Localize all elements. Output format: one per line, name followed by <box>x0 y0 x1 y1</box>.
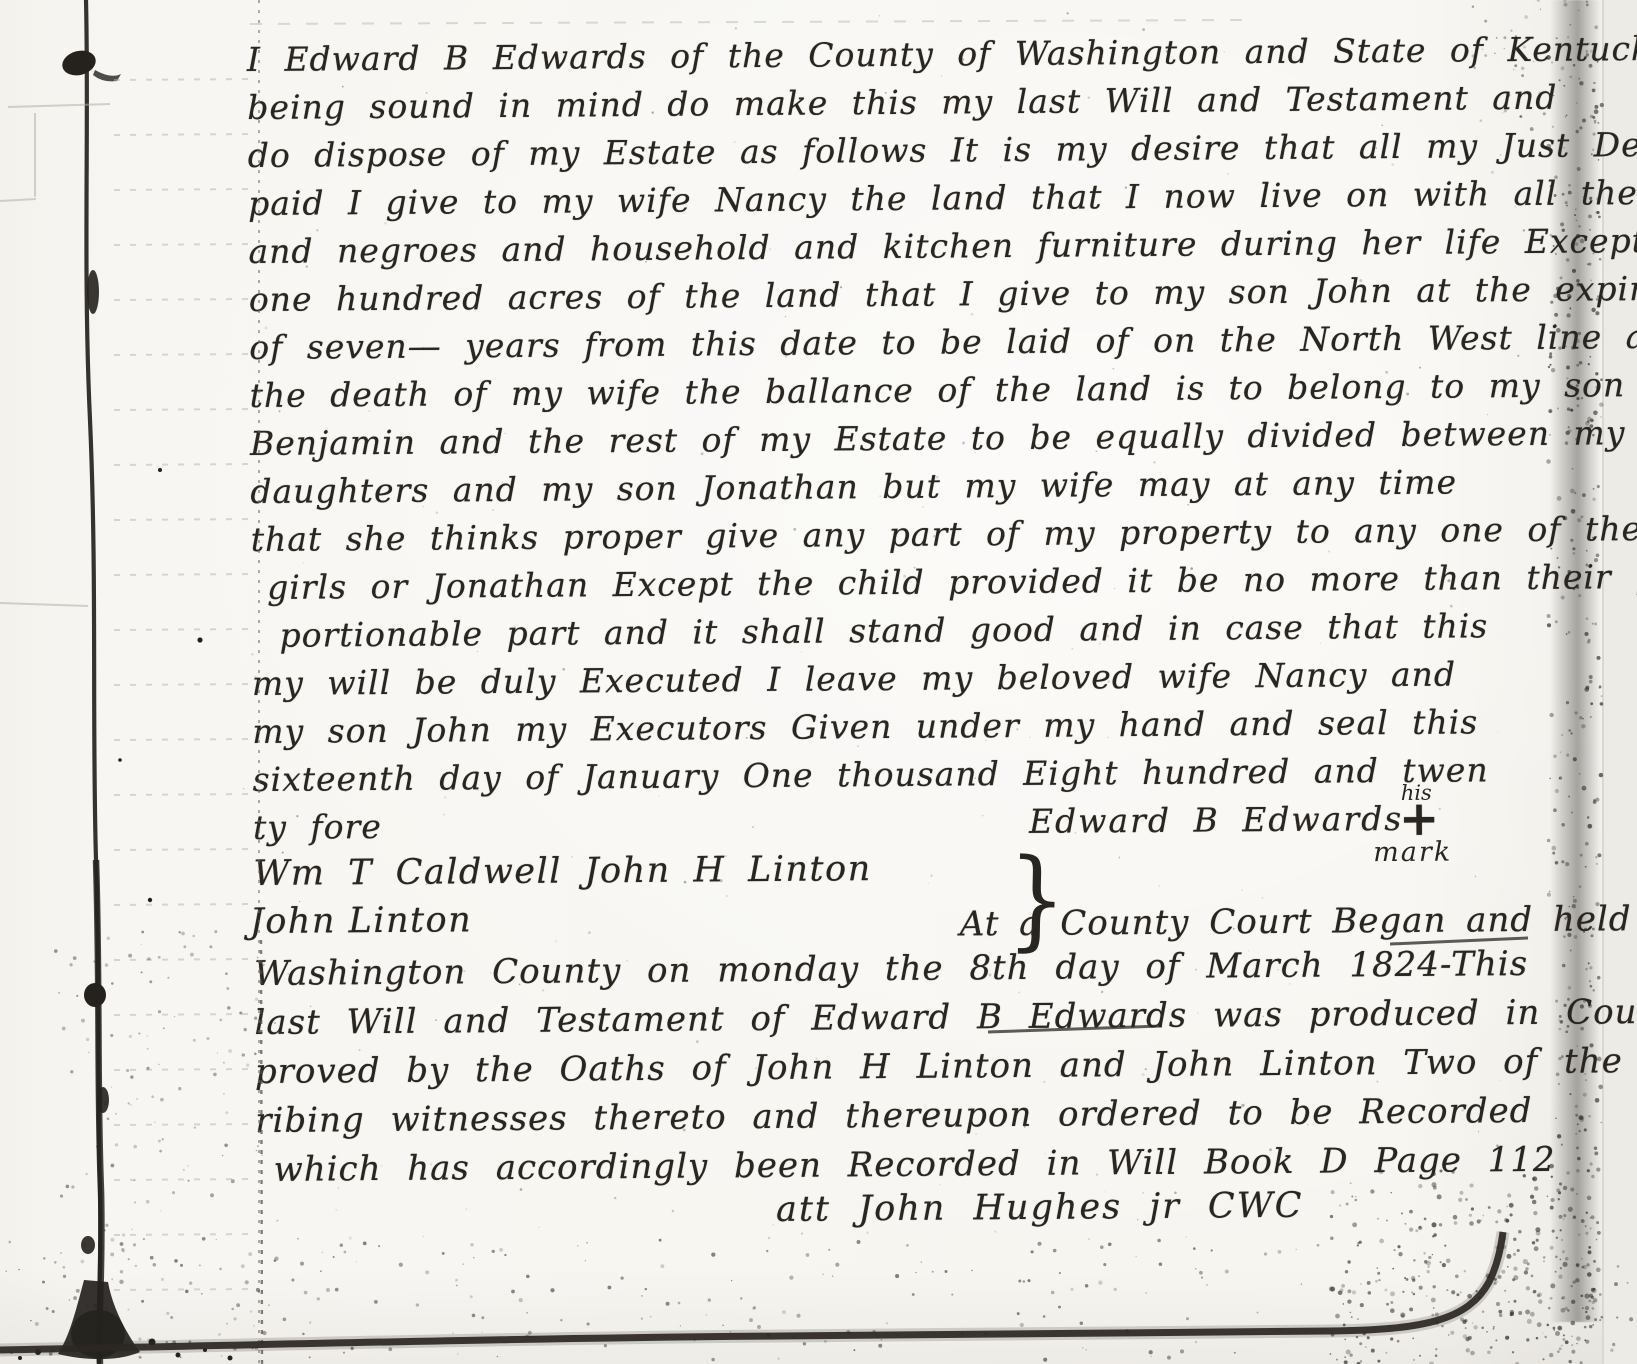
will-text-line: portionable part and it shall stand good… <box>251 606 1488 655</box>
court-text-line: last Will and Testament of Edward B Edwa… <box>254 991 1637 1043</box>
court-text-line: which has accordingly been Recorded in W… <box>256 1140 1556 1190</box>
witness-line-2: John Linton <box>250 900 473 942</box>
will-text-line: my will be duly Executed I leave my belo… <box>252 655 1456 703</box>
will-text-line: do dispose of my Estate as follows It is… <box>248 124 1637 175</box>
will-text-line: the death of my wife the ballance of the… <box>249 365 1625 415</box>
will-text-line: of seven— years from this date to be lai… <box>249 316 1637 367</box>
scanned-will-page: I Edward B Edwards of the County of Wash… <box>0 0 1637 1364</box>
will-text-line: ty fore <box>253 807 382 847</box>
witness-brace-icon: } <box>1006 835 1067 963</box>
will-text-line: being sound in mind do make this my last… <box>247 78 1557 127</box>
testator-signature: Edward B Edwards <box>1029 799 1404 841</box>
court-record-intro: At a County Court Began and held for <box>960 899 1637 945</box>
will-text-line: my son John my Executors Given under my … <box>252 702 1478 751</box>
will-text-line: girls or Jonathan Except the child provi… <box>251 557 1637 607</box>
will-text-line: I Edward B Edwards of the County of Wash… <box>247 29 1637 79</box>
will-text-line: paid I give to my wife Nancy the land th… <box>248 172 1637 223</box>
mark-label: mark <box>1373 837 1452 869</box>
will-text-line: that she thinks proper give any part of … <box>251 509 1637 559</box>
will-text-line: Benjamin and the rest of my Estate to be… <box>250 413 1626 463</box>
will-text-line: sixteenth day of January One thousand Ei… <box>252 750 1488 799</box>
will-text-line: daughters and my son Jonathan but my wif… <box>250 463 1457 511</box>
will-text-line: and negroes and household and kitchen fu… <box>248 221 1637 271</box>
court-text-line: Washington County on monday the 8th day … <box>254 944 1528 994</box>
handwritten-text-layer: I Edward B Edwards of the County of Wash… <box>0 0 1637 1364</box>
court-text-line: ribing witnesses thereto and thereupon o… <box>255 1091 1532 1141</box>
witness-line-1: Wm T Caldwell John H Linton <box>253 849 872 894</box>
will-text-line: one hundred acres of the land that I giv… <box>249 268 1637 319</box>
clerk-attestation: att John Hughes jr CWC <box>776 1186 1304 1230</box>
court-text-line: proved by the Oaths of John H Linton and… <box>255 1040 1637 1092</box>
